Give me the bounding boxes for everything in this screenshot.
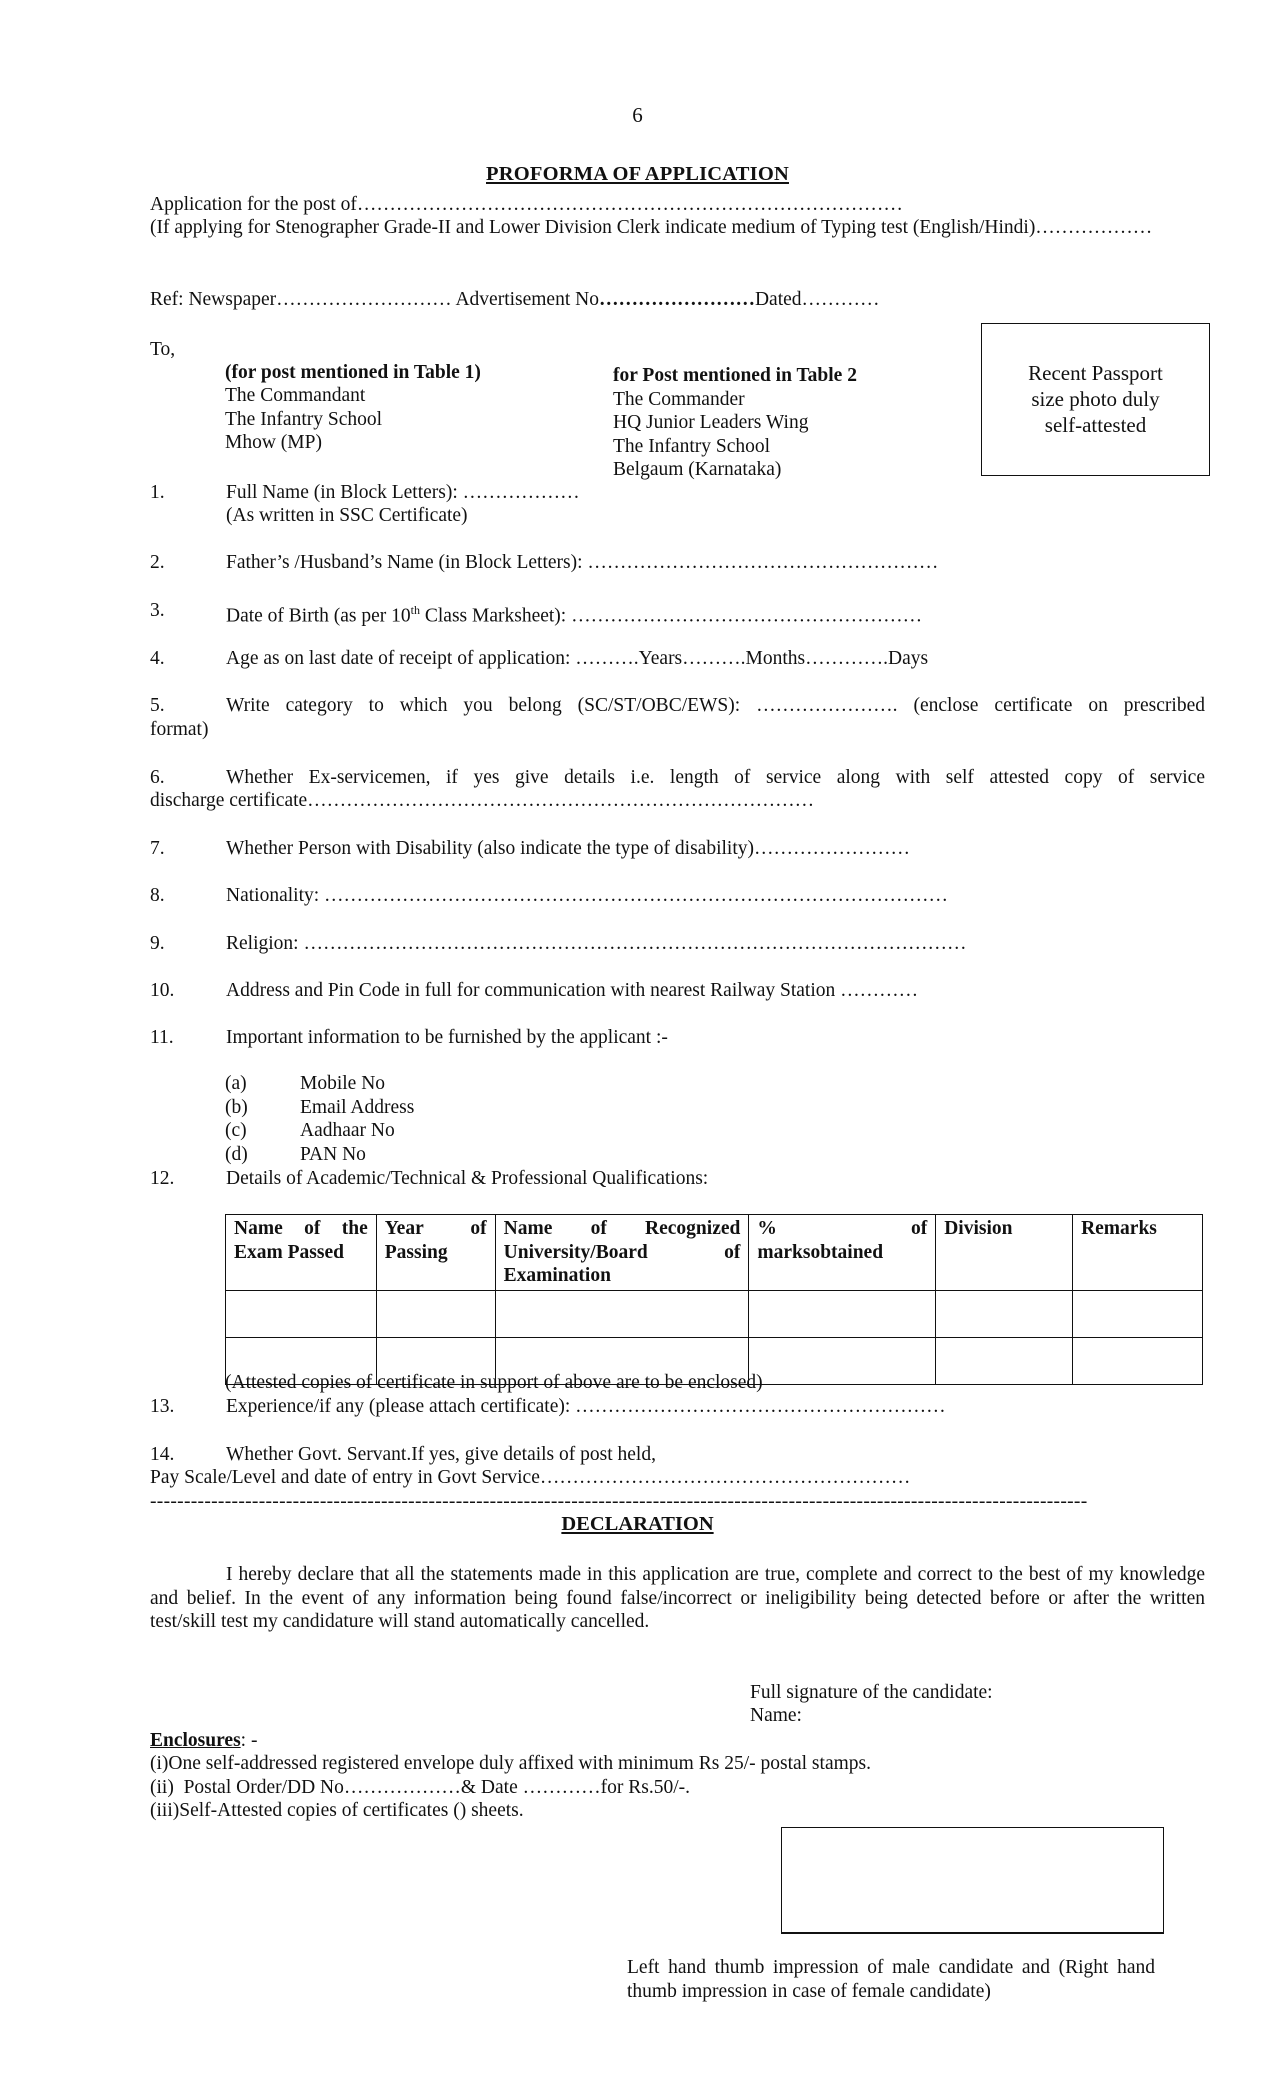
column-header: Year of Passing bbox=[376, 1215, 495, 1291]
address-line: The Commandant bbox=[225, 384, 365, 408]
item-number: 5. bbox=[150, 694, 165, 718]
signature-field[interactable]: Full signature of the candidate: bbox=[750, 1681, 993, 1705]
column-header: % of marksobtained bbox=[749, 1215, 936, 1291]
qualifications-table: Name of the Exam Passed Year of Passing … bbox=[225, 1214, 1203, 1385]
dashed-separator: ----------------------------------------… bbox=[150, 1493, 1095, 1511]
page-number: 6 bbox=[0, 104, 1275, 128]
mobile-no-field[interactable]: Mobile No bbox=[300, 1072, 385, 1096]
aadhaar-no-field[interactable]: Aadhaar No bbox=[300, 1119, 395, 1143]
item-number: 1. bbox=[150, 481, 165, 505]
passport-photo-box: Recent Passport size photo duly self-att… bbox=[981, 323, 1210, 476]
table-cell[interactable] bbox=[226, 1290, 377, 1337]
list-key: (d) bbox=[225, 1143, 248, 1167]
disability-field[interactable]: Whether Person with Disability (also ind… bbox=[226, 837, 910, 861]
govt-servant-field[interactable]: Whether Govt. Servant.If yes, give detai… bbox=[226, 1443, 656, 1467]
list-key: (c) bbox=[225, 1119, 247, 1143]
item-number: 11. bbox=[150, 1026, 174, 1050]
address-line: Mhow (MP) bbox=[225, 431, 322, 455]
dob-superscript: th bbox=[411, 603, 420, 617]
address-line: The Commander bbox=[613, 388, 745, 412]
photo-box-line: Recent Passport bbox=[982, 360, 1209, 386]
photo-box-line: self-attested bbox=[982, 412, 1209, 438]
dob-label-rest: Class Marksheet): ……………………………………………… bbox=[420, 606, 922, 627]
table-cell[interactable] bbox=[1073, 1337, 1203, 1384]
address-field[interactable]: Address and Pin Code in full for communi… bbox=[226, 979, 918, 1003]
table-header-row: Name of the Exam Passed Year of Passing … bbox=[226, 1215, 1203, 1291]
table-cell[interactable] bbox=[376, 1290, 495, 1337]
enclosures-heading: Enclosures: - bbox=[150, 1729, 257, 1753]
item-number: 6. bbox=[150, 766, 165, 790]
item-label: Details of Academic/Technical & Professi… bbox=[226, 1167, 708, 1191]
page-title: PROFORMA OF APPLICATION bbox=[0, 163, 1275, 187]
ref-dated: Dated………… bbox=[755, 289, 880, 310]
declaration-text: I hereby declare that all the statements… bbox=[150, 1563, 1205, 1634]
enclosure-item: (ii) Postal Order/DD No………………& Date …………… bbox=[150, 1776, 690, 1800]
column-header: Remarks bbox=[1073, 1215, 1203, 1291]
table-row bbox=[226, 1290, 1203, 1337]
address-line: The Infantry School bbox=[613, 435, 770, 459]
date-of-birth-field[interactable]: Date of Birth (as per 10th Class Markshe… bbox=[226, 599, 922, 628]
column-header: Name of the Exam Passed bbox=[226, 1215, 377, 1291]
table-cell[interactable] bbox=[749, 1290, 936, 1337]
address-table1-heading: (for post mentioned in Table 1) bbox=[225, 361, 481, 385]
item-continuation: discharge certificate…………………………………………………… bbox=[150, 789, 814, 813]
address-line: The Infantry School bbox=[225, 408, 382, 432]
address-line: Belgaum (Karnataka) bbox=[613, 458, 781, 482]
thumb-impression-caption: Left hand thumb impression of male candi… bbox=[627, 1956, 1155, 2003]
reference-line: Ref: Newspaper……………………… Advertisement No… bbox=[150, 288, 880, 312]
table-cell[interactable] bbox=[936, 1337, 1073, 1384]
table-cell[interactable] bbox=[495, 1290, 749, 1337]
item-number: 4. bbox=[150, 647, 165, 671]
item-number: 14. bbox=[150, 1443, 174, 1467]
item-continuation: format) bbox=[150, 718, 208, 742]
enclosures-label: Enclosures bbox=[150, 1730, 241, 1751]
column-header: Division bbox=[936, 1215, 1073, 1291]
nationality-field[interactable]: Nationality: ………………………………………………………………………… bbox=[226, 884, 948, 908]
item-number: 12. bbox=[150, 1167, 174, 1191]
enclosure-item: (iii)Self-Attested copies of certificate… bbox=[150, 1799, 524, 1823]
item-number: 10. bbox=[150, 979, 174, 1003]
father-husband-name-field[interactable]: Father’s /Husband’s Name (in Block Lette… bbox=[226, 551, 938, 575]
thumb-impression-box[interactable] bbox=[781, 1827, 1164, 1934]
column-header: Name of Recognized University/Board of E… bbox=[495, 1215, 749, 1291]
list-key: (b) bbox=[225, 1096, 248, 1120]
table-note: (Attested copies of certificate in suppo… bbox=[225, 1371, 763, 1395]
experience-field[interactable]: Experience/if any (please attach certifi… bbox=[226, 1395, 946, 1419]
typing-medium-line: (If applying for Stenographer Grade-II a… bbox=[150, 216, 1205, 240]
item-continuation: Pay Scale/Level and date of entry in Gov… bbox=[150, 1466, 910, 1490]
advertisement-no-blank: …………………… bbox=[599, 289, 755, 310]
item-number: 7. bbox=[150, 837, 165, 861]
item-number: 3. bbox=[150, 599, 165, 623]
table-cell[interactable] bbox=[1073, 1290, 1203, 1337]
item-number: 13. bbox=[150, 1395, 174, 1419]
enclosure-item: (i)One self-addressed registered envelop… bbox=[150, 1752, 871, 1776]
ref-prefix: Ref: Newspaper……………………… Advertisement No bbox=[150, 289, 599, 310]
address-table2-heading: for Post mentioned in Table 2 bbox=[613, 364, 857, 388]
item-number: 8. bbox=[150, 884, 165, 908]
pan-no-field[interactable]: PAN No bbox=[300, 1143, 366, 1167]
age-field[interactable]: Age as on last date of receipt of applic… bbox=[226, 647, 928, 671]
enclosures-suffix: : - bbox=[241, 1730, 258, 1751]
religion-field[interactable]: Religion: ………………………………………………………………………………… bbox=[226, 932, 966, 956]
declaration-title: DECLARATION bbox=[0, 1513, 1275, 1537]
photo-box-line: size photo duly bbox=[982, 386, 1209, 412]
list-key: (a) bbox=[225, 1072, 247, 1096]
item-number: 2. bbox=[150, 551, 165, 575]
to-label: To, bbox=[150, 338, 175, 362]
full-name-field[interactable]: Full Name (in Block Letters): ……………… bbox=[226, 481, 580, 505]
post-applied-line: Application for the post of…………………………………… bbox=[150, 193, 903, 217]
address-line: HQ Junior Leaders Wing bbox=[613, 411, 808, 435]
email-address-field[interactable]: Email Address bbox=[300, 1096, 414, 1120]
item-number: 9. bbox=[150, 932, 165, 956]
table-cell[interactable] bbox=[749, 1337, 936, 1384]
item-label: Important information to be furnished by… bbox=[226, 1026, 668, 1050]
table-cell[interactable] bbox=[936, 1290, 1073, 1337]
name-field[interactable]: Name: bbox=[750, 1704, 802, 1728]
category-field[interactable]: Write category to which you belong (SC/S… bbox=[226, 694, 1205, 718]
ex-servicemen-field[interactable]: Whether Ex-servicemen, if yes give detai… bbox=[226, 766, 1205, 790]
item-note: (As written in SSC Certificate) bbox=[226, 504, 468, 528]
dob-label: Date of Birth (as per 10 bbox=[226, 606, 411, 627]
